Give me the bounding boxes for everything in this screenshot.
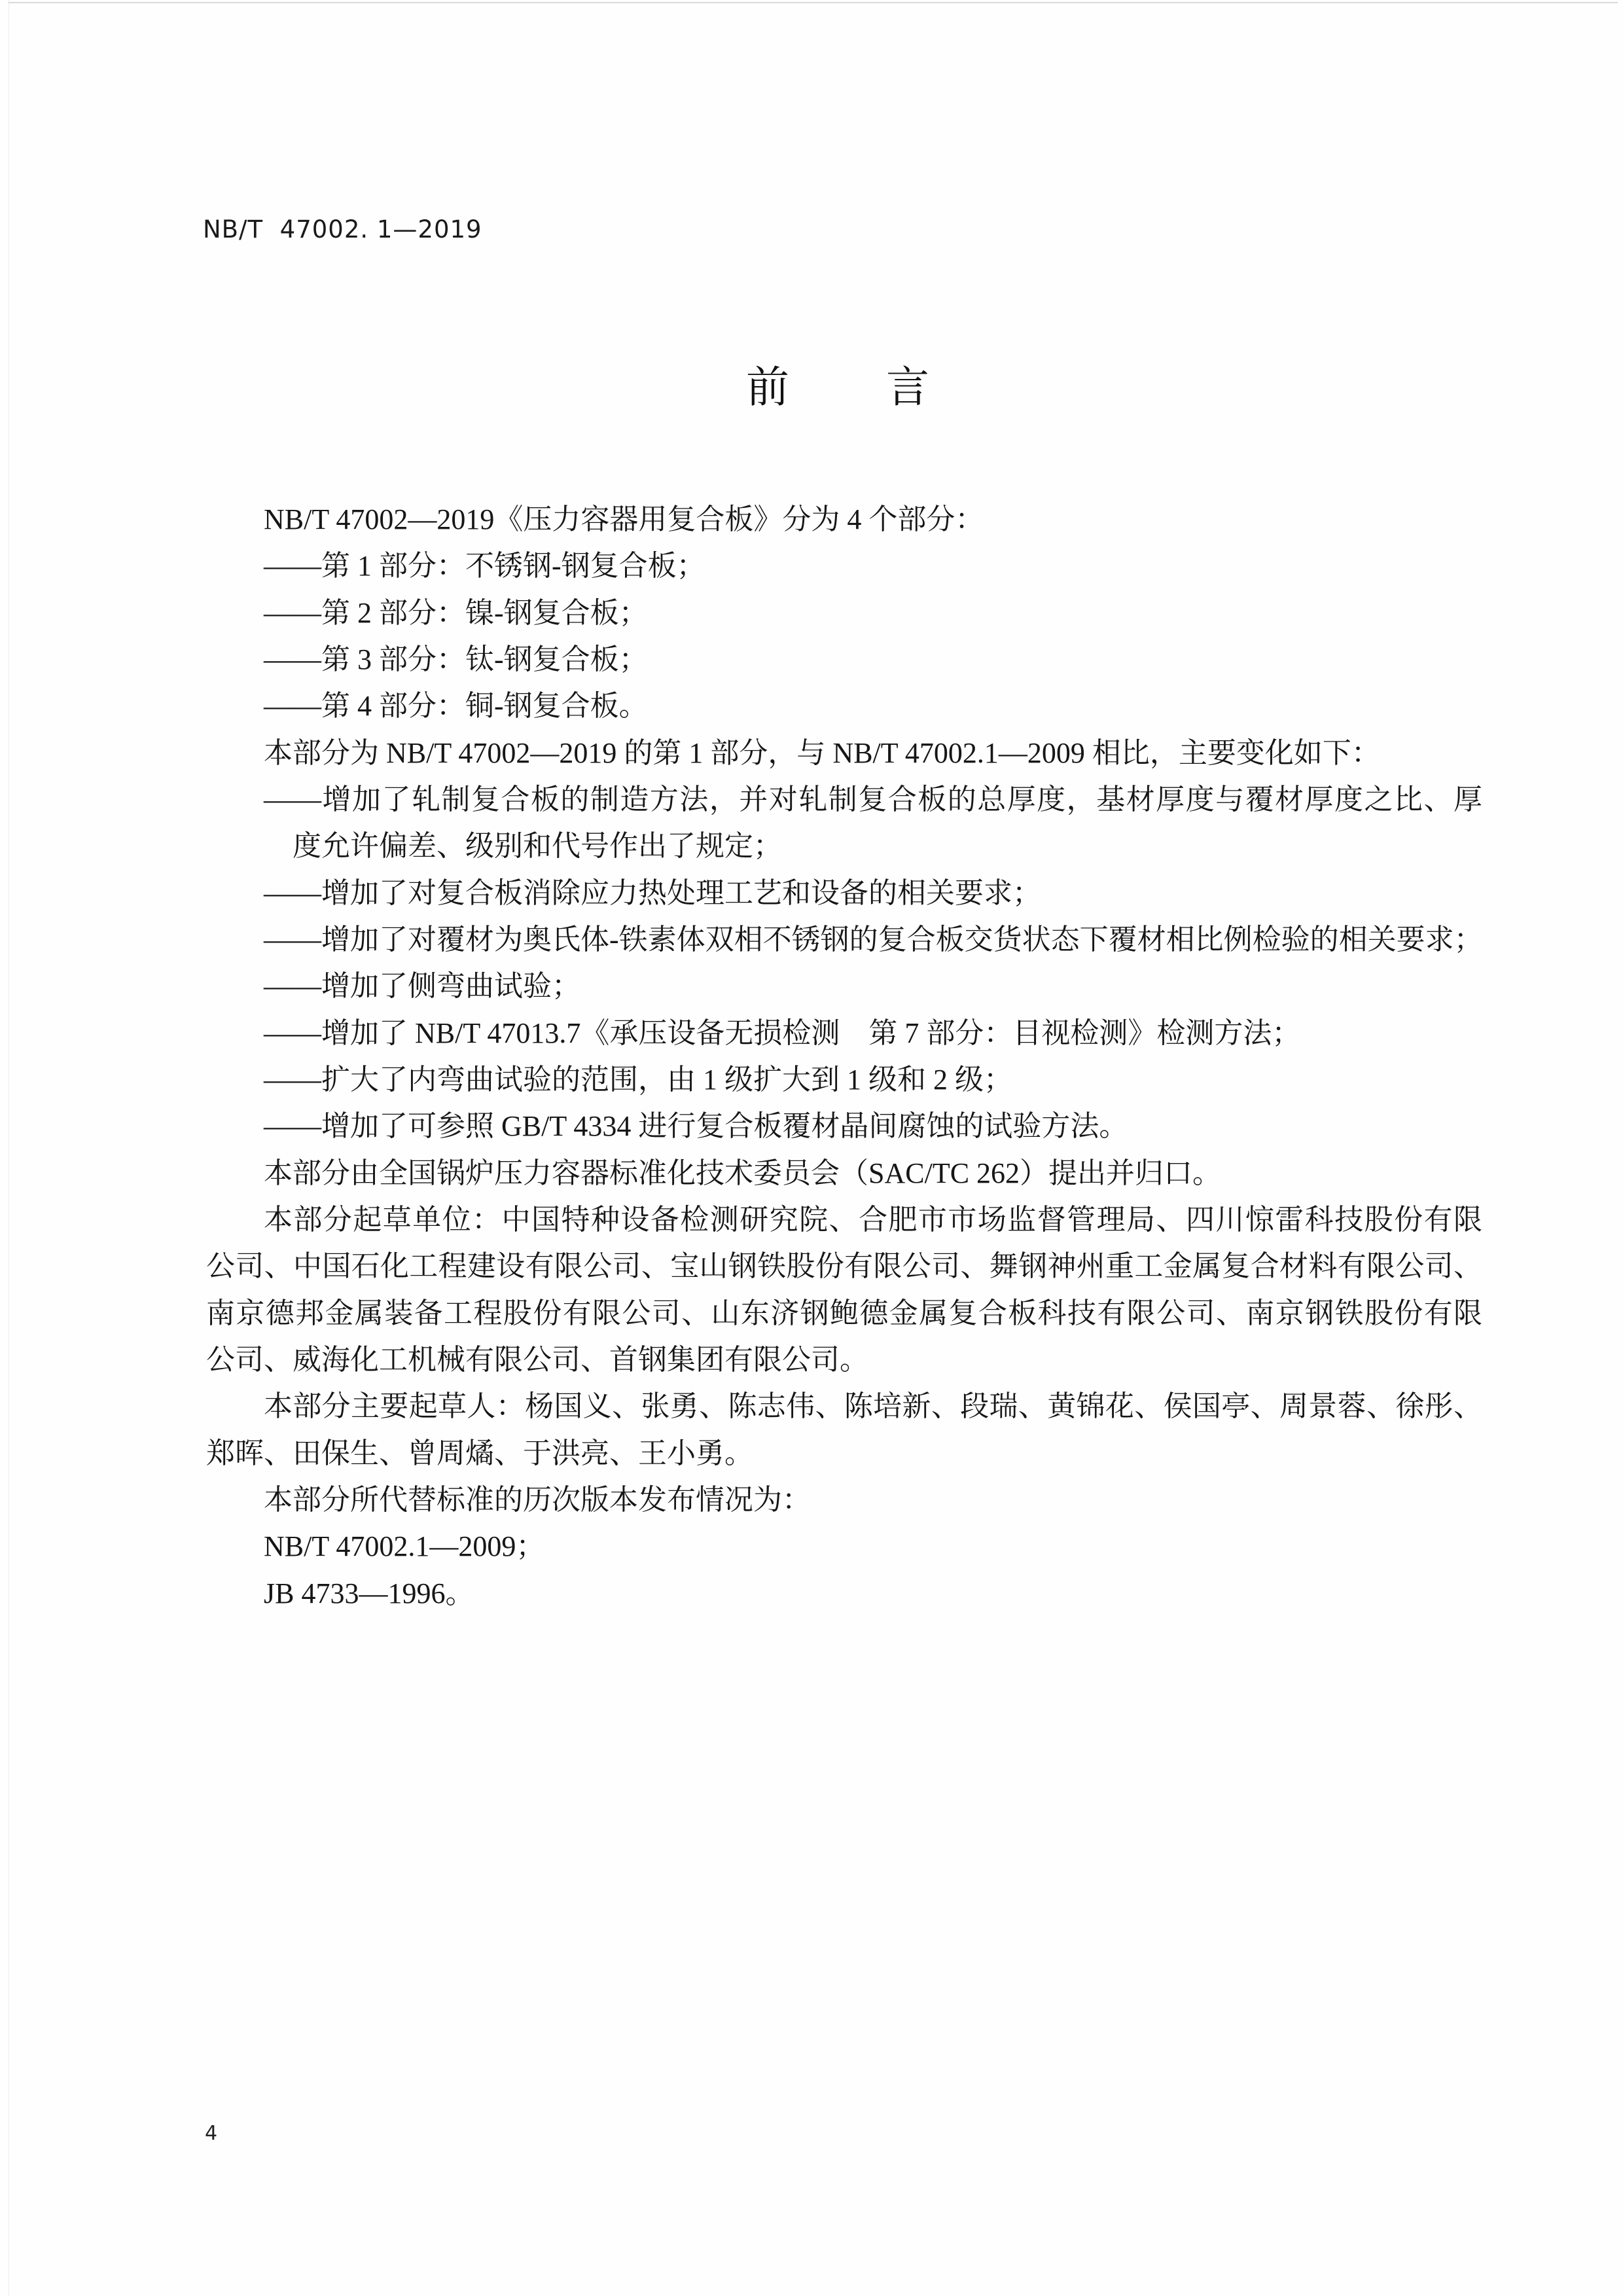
drafters-line-2: 郑晖、田保生、曾周燏、于洪亮、王小勇。 <box>206 1435 753 1472</box>
document-page: NB/T 47002. 1—2019 前言 NB/T 47002—2019《压力… <box>0 0 1623 2296</box>
history-item-2: JB 4733—1996。 <box>264 1575 474 1612</box>
drafters-line-1: 本部分主要起草人：杨国义、张勇、陈志伟、陈培新、段瑞、黄锦花、侯国亭、周景蓉、徐… <box>264 1388 1482 1425</box>
drafting-units-line-4: 公司、威海化工机械有限公司、首钢集团有限公司。 <box>206 1342 868 1378</box>
list-item-change-6: ——扩大了内弯曲试验的范围，由 1 级扩大到 1 级和 2 级； <box>264 1062 1012 1098</box>
page-title: 前言 <box>746 361 929 414</box>
list-item-change-2: ——增加了对复合板消除应力热处理工艺和设备的相关要求； <box>264 875 1041 912</box>
scan-edge-line <box>8 2 1618 3</box>
list-item-change-1: ——增加了轧制复合板的制造方法，并对轧制复合板的总厚度，基材厚度与覆材厚度之比、… <box>264 781 1482 818</box>
list-item-change-3: ——增加了对覆材为奥氏体-铁素体双相不锈钢的复合板交货状态下覆材相比例检验的相关… <box>264 922 1483 958</box>
list-item-part-1: ——第 1 部分：不锈钢-钢复合板； <box>264 548 705 584</box>
scan-edge-line-left <box>9 0 9 2296</box>
drafting-units-line-1: 本部分起草单位：中国特种设备检测研究院、合肥市市场监督管理局、四川惊雷科技股份有… <box>264 1202 1482 1238</box>
changes-intro: 本部分为 NB/T 47002—2019 的第 1 部分，与 NB/T 4700… <box>264 735 1380 772</box>
title-char-1: 前 <box>746 361 789 414</box>
proposed-by-paragraph: 本部分由全国锅炉压力容器标准化技术委员会（SAC/TC 262）提出并归口。 <box>264 1155 1221 1192</box>
list-item-change-5: ——增加了 NB/T 47013.7《承压设备无损检测 第 7 部分：目视检测》… <box>264 1015 1300 1052</box>
foreword-intro: NB/T 47002—2019《压力容器用复合板》分为 4 个部分： <box>264 501 984 538</box>
page-number: 4 <box>205 2121 217 2147</box>
list-item-part-2: ——第 2 部分：镍-钢复合板； <box>264 595 648 632</box>
list-item-part-4: ——第 4 部分：铜-钢复合板。 <box>264 688 648 725</box>
drafting-units-line-2: 公司、中国石化工程建设有限公司、宝山钢铁股份有限公司、舞钢神州重工金属复合材料有… <box>206 1248 1482 1285</box>
history-item-1: NB/T 47002.1—2009； <box>264 1528 544 1565</box>
drafting-units-line-3: 南京德邦金属装备工程股份有限公司、山东济钢鲍德金属复合板科技有限公司、南京钢铁股… <box>206 1295 1482 1332</box>
standard-code-header: NB/T 47002. 1—2019 <box>203 213 482 246</box>
history-intro: 本部分所代替标准的历次版本发布情况为： <box>264 1482 811 1518</box>
list-item-change-4: ——增加了侧弯曲试验； <box>264 968 580 1005</box>
title-char-2: 言 <box>886 361 929 414</box>
list-item-change-7: ——增加了可参照 GB/T 4334 进行复合板覆材晶间腐蚀的试验方法。 <box>264 1108 1128 1145</box>
list-item-part-3: ——第 3 部分：钛-钢复合板； <box>264 641 648 678</box>
list-item-change-1-cont: 度允许偏差、级别和代号作出了规定； <box>293 828 782 865</box>
